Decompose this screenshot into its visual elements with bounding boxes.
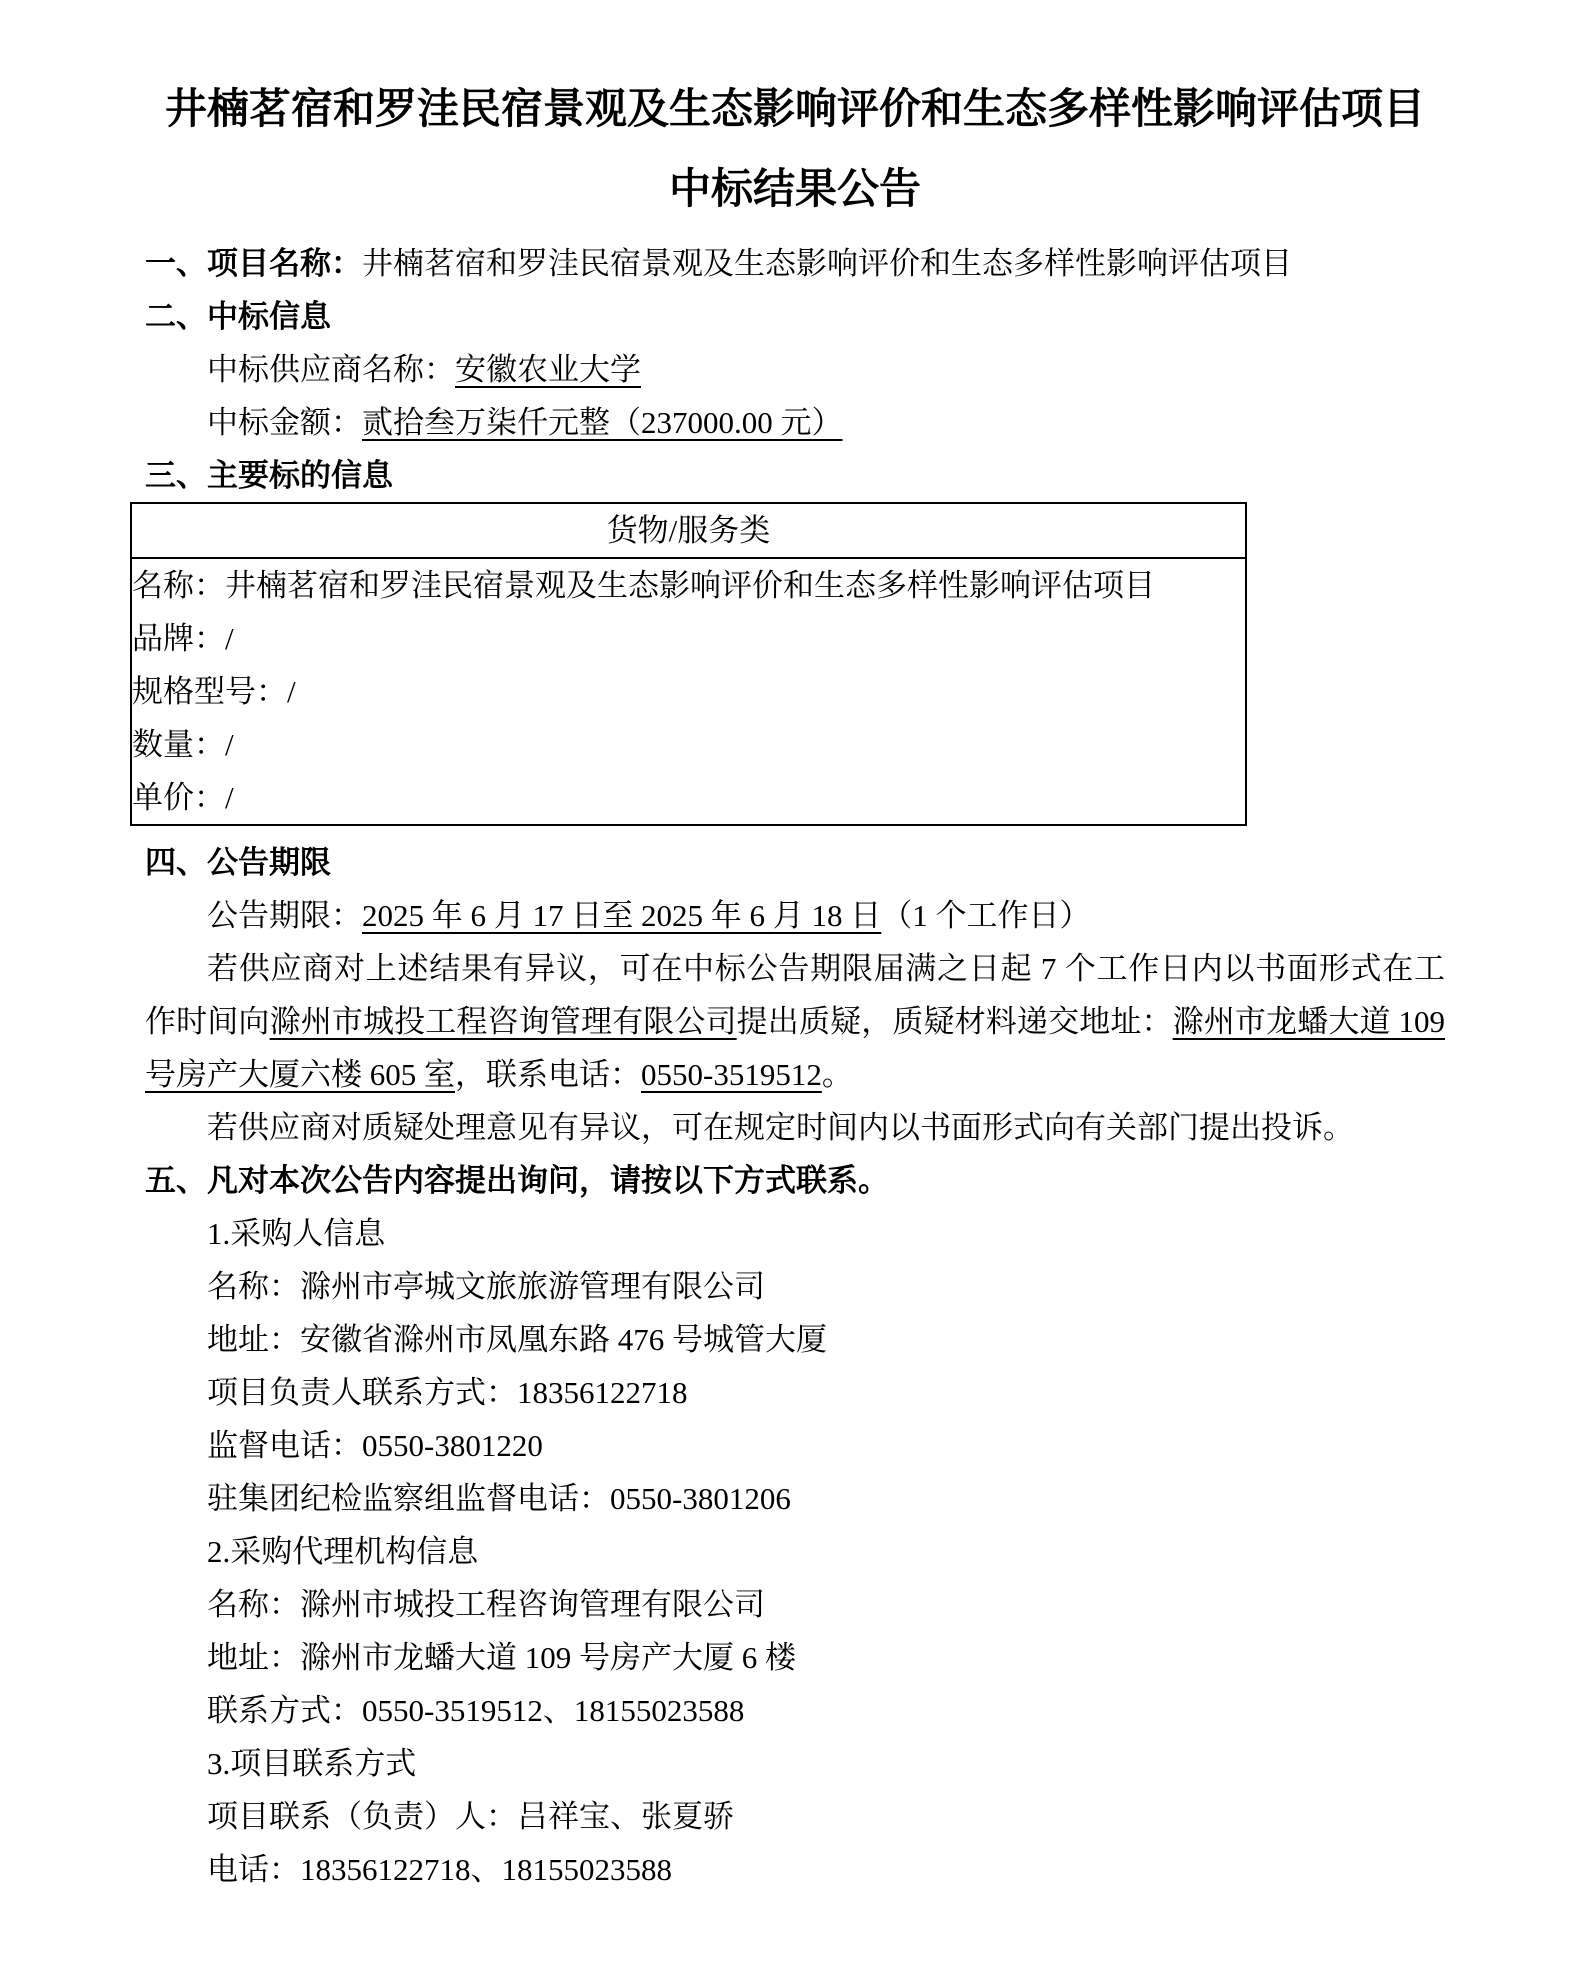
table-row-brand: 品牌：/ — [132, 612, 1245, 665]
discipline-supervision-phone-line: 驻集团纪检监察组监督电话：0550-3801206 — [145, 1472, 1445, 1525]
purchaser-address-line: 地址：安徽省滁州市凤凰东路 476 号城管大厦 — [145, 1313, 1445, 1366]
agency-contact-line: 联系方式：0550-3519512、18155023588 — [145, 1684, 1445, 1737]
section-3-number: 三、 — [145, 458, 207, 493]
table-row-unit-price: 单价：/ — [132, 771, 1245, 824]
announcement-period-line: 公告期限：2025 年 6 月 17 日至 2025 年 6 月 18 日（1 … — [145, 889, 1445, 942]
section-3-heading-text: 主要标的信息 — [207, 458, 393, 493]
section-5-heading: 五、凡对本次公告内容提出询问，请按以下方式联系。 — [145, 1154, 1445, 1207]
section-2-heading: 二、中标信息 — [145, 290, 1445, 343]
section-4-heading-text: 公告期限 — [207, 845, 331, 880]
table-row-quantity: 数量：/ — [132, 718, 1245, 771]
purchaser-name-line: 名称：滁州市亭城文旅旅游管理有限公司 — [145, 1260, 1445, 1313]
announcement-period-label: 公告期限： — [207, 898, 362, 933]
winning-amount-line: 中标金额：贰拾叁万柒仟元整（237000.00 元） — [145, 396, 1445, 449]
section-1-content: 井楠茗宿和罗洼民宿景观及生态影响评价和生态多样性影响评估项目 — [362, 246, 1292, 281]
winning-amount-value: 贰拾叁万柒仟元整（237000.00 元） — [362, 405, 843, 440]
goods-info-table: 货物/服务类 名称：井楠茗宿和罗洼民宿景观及生态影响评价和生态多样性影响评估项目… — [130, 502, 1247, 826]
table-header-category: 货物/服务类 — [131, 503, 1246, 558]
section-5-number: 五、 — [145, 1163, 207, 1198]
supervision-phone-line: 监督电话：0550-3801220 — [145, 1419, 1445, 1472]
announcement-period-value: 2025 年 6 月 17 日至 2025 年 6 月 18 日 — [362, 898, 881, 933]
section-3-heading: 三、主要标的信息 — [145, 449, 1445, 502]
table-row-spec: 规格型号：/ — [132, 665, 1245, 718]
winning-amount-label: 中标金额： — [207, 405, 362, 440]
section-1-number: 一、 — [145, 246, 207, 281]
document-title: 井楠茗宿和罗洼民宿景观及生态影响评价和生态多样性影响评估项目 中标结果公告 — [145, 70, 1445, 230]
table-body-cell: 名称：井楠茗宿和罗洼民宿景观及生态影响评价和生态多样性影响评估项目 品牌：/ 规… — [131, 558, 1246, 825]
winning-supplier-label: 中标供应商名称： — [207, 352, 455, 387]
project-phone-line: 电话：18356122718、18155023588 — [145, 1843, 1445, 1896]
section-1-label: 项目名称： — [207, 246, 362, 281]
document-title-line1: 井楠茗宿和罗洼民宿景观及生态影响评价和生态多样性影响评估项目 — [145, 70, 1445, 150]
section-4-number: 四、 — [145, 845, 207, 880]
agency-name-line: 名称：滁州市城投工程咨询管理有限公司 — [145, 1578, 1445, 1631]
agency-info-heading: 2.采购代理机构信息 — [145, 1525, 1445, 1578]
objection-paragraph: 若供应商对上述结果有异议，可在中标公告期限届满之日起 7 个工作日内以书面形式在… — [145, 942, 1445, 1101]
table-row-name: 名称：井楠茗宿和罗洼民宿景观及生态影响评价和生态多样性影响评估项目 — [132, 559, 1245, 612]
winning-supplier-value: 安徽农业大学 — [455, 352, 641, 387]
section-4-heading: 四、公告期限 — [145, 836, 1445, 889]
section-1-line: 一、项目名称：井楠茗宿和罗洼民宿景观及生态影响评价和生态多样性影响评估项目 — [145, 237, 1445, 290]
complaint-paragraph: 若供应商对质疑处理意见有异议，可在规定时间内以书面形式向有关部门提出投诉。 — [145, 1101, 1445, 1154]
purchaser-info-heading: 1.采购人信息 — [145, 1207, 1445, 1260]
winning-supplier-line: 中标供应商名称：安徽农业大学 — [145, 343, 1445, 396]
agency-address-line: 地址：滁州市龙蟠大道 109 号房产大厦 6 楼 — [145, 1631, 1445, 1684]
document-title-line2: 中标结果公告 — [145, 150, 1445, 230]
purchaser-contact-line: 项目负责人联系方式：18356122718 — [145, 1366, 1445, 1419]
announcement-period-suffix: （1 个工作日） — [881, 898, 1090, 933]
document-page: 井楠茗宿和罗洼民宿景观及生态影响评价和生态多样性影响评估项目 中标结果公告 一、… — [0, 0, 1587, 1984]
section-2-heading-text: 中标信息 — [207, 299, 331, 334]
section-5-heading-text: 凡对本次公告内容提出询问，请按以下方式联系。 — [207, 1163, 889, 1198]
project-contact-heading: 3.项目联系方式 — [145, 1737, 1445, 1790]
project-contact-person-line: 项目联系（负责）人：吕祥宝、张夏骄 — [145, 1790, 1445, 1843]
section-2-number: 二、 — [145, 299, 207, 334]
